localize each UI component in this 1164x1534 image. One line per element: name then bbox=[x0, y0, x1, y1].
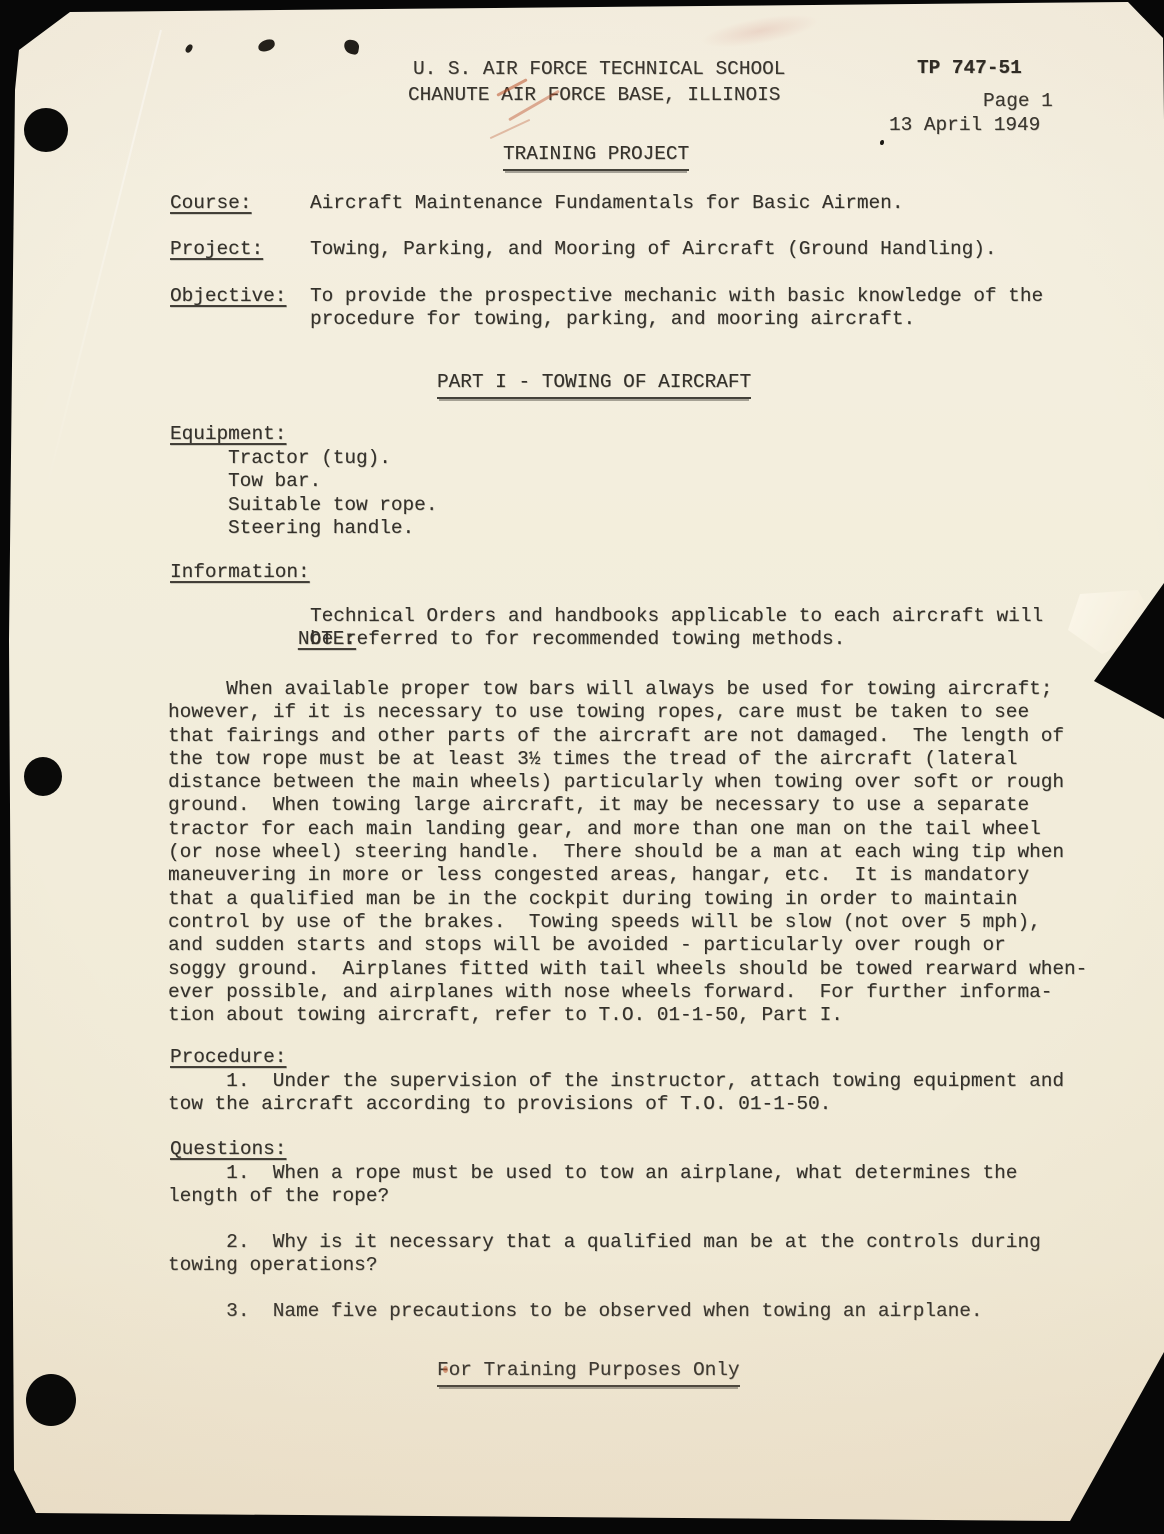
information-body: When available proper tow bars will alwa… bbox=[168, 678, 1087, 1027]
field-label: Objective: bbox=[170, 285, 286, 308]
questions-heading-text: Questions: bbox=[170, 1138, 286, 1160]
information-heading: Information: bbox=[170, 561, 310, 584]
part-title-text: PART I - TOWING OF AIRCRAFT bbox=[437, 371, 751, 399]
school-name: U. S. AIR FORCE TECHNICAL SCHOOL bbox=[413, 58, 785, 81]
part-title: PART I - TOWING OF AIRCRAFT bbox=[437, 371, 751, 399]
questions-heading: Questions: bbox=[170, 1138, 286, 1161]
equipment-item: Tow bar. bbox=[228, 470, 437, 493]
procedure-heading-text: Procedure: bbox=[170, 1046, 286, 1068]
equipment-heading: Equipment: bbox=[170, 423, 286, 446]
information-heading-text: Information: bbox=[170, 561, 310, 583]
page-title: TRAINING PROJECT bbox=[503, 143, 689, 171]
equipment-item: Steering handle. bbox=[228, 517, 437, 540]
field-label: Project: bbox=[170, 238, 263, 261]
question-item: 3. Name five precautions to be observed … bbox=[168, 1300, 1041, 1323]
procedure-list: 1. Under the supervision of the instruct… bbox=[168, 1070, 1064, 1139]
field-list: Course: Aircraft Maintenance Fundamental… bbox=[170, 192, 1090, 332]
red-pencil-scratch bbox=[490, 119, 531, 139]
field-value: Towing, Parking, and Mooring of Aircraft… bbox=[310, 238, 997, 261]
ink-speck bbox=[880, 140, 884, 145]
page-number: Page 1 bbox=[983, 90, 1053, 113]
procedure-item: 1. Under the supervision of the instruct… bbox=[168, 1070, 1064, 1117]
punch-hole bbox=[24, 108, 68, 152]
ink-speck bbox=[343, 39, 360, 55]
field-label: Course: bbox=[170, 192, 251, 215]
torn-edge-highlight bbox=[1062, 588, 1162, 658]
equipment-list: Tractor (tug).Tow bar.Suitable tow rope.… bbox=[228, 447, 437, 540]
punch-hole bbox=[24, 757, 62, 796]
ink-speck bbox=[257, 38, 276, 53]
red-pencil-dot bbox=[443, 1366, 448, 1373]
school-location: CHANUTE AIR FORCE BASE, ILLINOIS bbox=[408, 84, 780, 107]
doc-date: 13 April 1949 bbox=[889, 114, 1040, 137]
footer-notice-text: For Training Purposes Only bbox=[437, 1359, 740, 1387]
question-item: 2. Why is it necessary that a qualified … bbox=[168, 1231, 1041, 1278]
equipment-item: Suitable tow rope. bbox=[228, 494, 437, 517]
field-row: Objective: To provide the prospective me… bbox=[170, 285, 263, 378]
paper-sheet: U. S. AIR FORCE TECHNICAL SCHOOL CHANUTE… bbox=[0, 0, 1164, 1534]
punch-hole bbox=[26, 1374, 76, 1426]
pink-smudge bbox=[699, 8, 822, 54]
scanned-document: U. S. AIR FORCE TECHNICAL SCHOOL CHANUTE… bbox=[0, 0, 1164, 1534]
equipment-heading-text: Equipment: bbox=[170, 423, 286, 445]
equipment-item: Tractor (tug). bbox=[228, 447, 437, 470]
paper-crease bbox=[44, 30, 162, 496]
doc-number: TP 747-51 bbox=[917, 57, 1022, 80]
note-text: Technical Orders and handbooks applicabl… bbox=[310, 605, 1043, 652]
field-value: Aircraft Maintenance Fundamentals for Ba… bbox=[310, 192, 903, 215]
ink-speck bbox=[184, 43, 193, 54]
procedure-heading: Procedure: bbox=[170, 1046, 286, 1069]
question-item: 1. When a rope must be used to tow an ai… bbox=[168, 1162, 1041, 1209]
footer-notice: For Training Purposes Only bbox=[437, 1359, 740, 1387]
page-title-text: TRAINING PROJECT bbox=[503, 143, 689, 171]
question-list: 1. When a rope must be used to tow an ai… bbox=[168, 1162, 1041, 1346]
field-value: To provide the prospective mechanic with… bbox=[310, 285, 1043, 332]
